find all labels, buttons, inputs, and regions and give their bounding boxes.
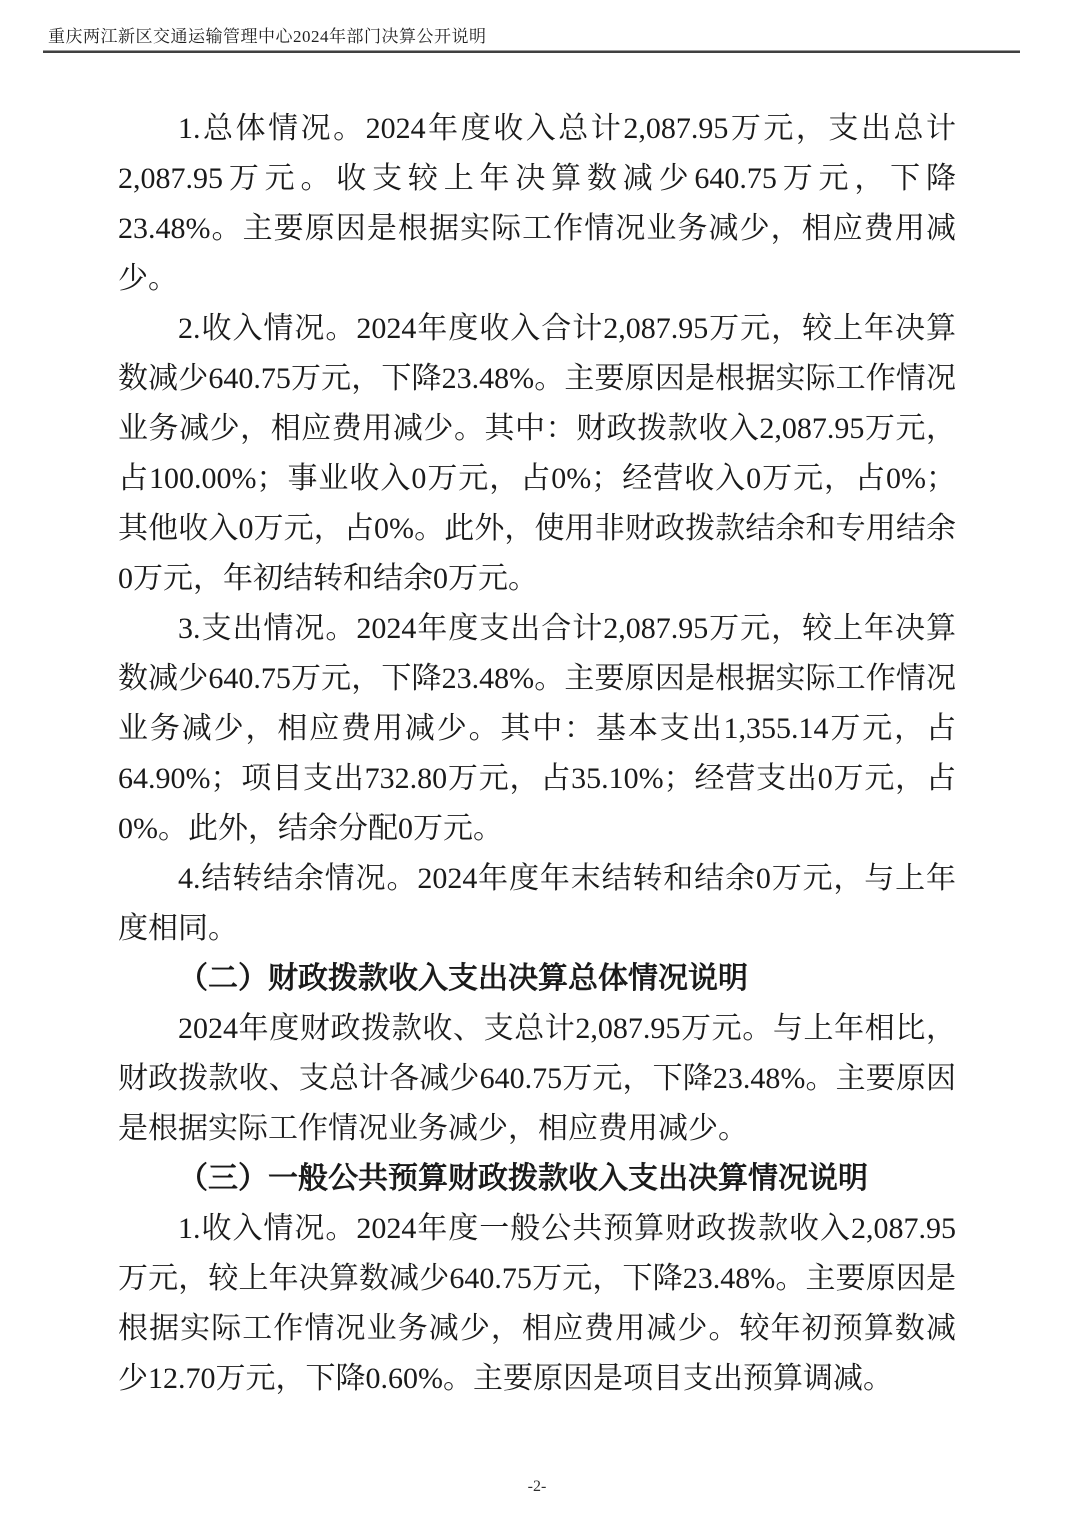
header-divider-rule <box>43 50 1020 53</box>
document-header-title: 重庆两江新区交通运输管理中心2024年部门决算公开说明 <box>48 26 487 48</box>
para-general-budget-income: 1.收入情况。2024年度一般公共预算财政拨款收入2,087.95万元，较上年决… <box>118 1204 956 1404</box>
document-body: 1.总体情况。2024年度收入总计2,087.95万元，支出总计2,087.95… <box>118 104 956 1404</box>
para-expenditure-situation: 3.支出情况。2024年度支出合计2,087.95万元，较上年决算数减少640.… <box>118 604 956 854</box>
page-number: -2- <box>0 1477 1074 1497</box>
document-page: 重庆两江新区交通运输管理中心2024年部门决算公开说明 1.总体情况。2024年… <box>0 0 1074 1520</box>
heading-general-public-budget-section: （三）一般公共预算财政拨款收入支出决算情况说明 <box>118 1154 956 1204</box>
heading-fiscal-appropriation-overview: （二）财政拨款收入支出决算总体情况说明 <box>118 954 956 1004</box>
para-fiscal-appropriation-overview: 2024年度财政拨款收、支总计2,087.95万元。与上年相比，财政拨款收、支总… <box>118 1004 956 1154</box>
para-carryover-situation: 4.结转结余情况。2024年度年末结转和结余0万元，与上年度相同。 <box>118 854 956 954</box>
para-income-situation: 2.收入情况。2024年度收入合计2,087.95万元，较上年决算数减少640.… <box>118 304 956 604</box>
para-overall-situation: 1.总体情况。2024年度收入总计2,087.95万元，支出总计2,087.95… <box>118 104 956 304</box>
